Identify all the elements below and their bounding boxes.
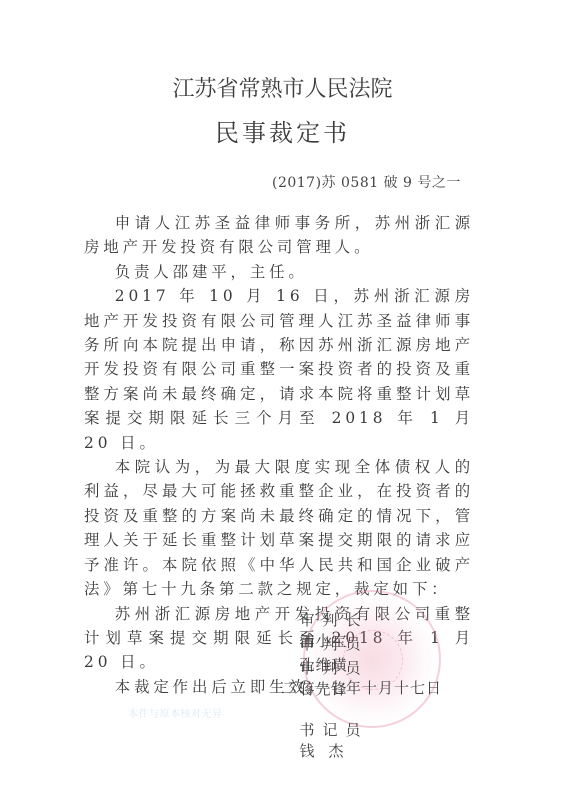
signature-role: 审判员 — [300, 657, 358, 678]
paragraph-application: 2017 年 10 月 16 日，苏州浙汇源房地产开发投资有限公司管理人江苏圣益… — [84, 284, 474, 455]
paragraph-court-opinion: 本院认为，为最大限度实现全体债权人的利益，尽最大可能拯救重整企业，在投资者的投资… — [84, 455, 474, 601]
document-type-title: 民事裁定书 — [0, 113, 565, 148]
paragraph-responsible-person: 负责人邵建平，主任。 — [84, 260, 474, 284]
paragraph-applicant: 申请人江苏圣益律师事务所，苏州浙汇源房地产开发投资有限公司管理人。 — [84, 211, 474, 260]
copy-verification-stamp: 本件与原本核对无异 — [128, 705, 223, 720]
case-number: (2017)苏 0581 破 9 号之一 — [272, 172, 461, 192]
ruling-body: 申请人江苏圣益律师事务所，苏州浙汇源房地产开发投资有限公司管理人。 负责人邵建平… — [84, 211, 474, 699]
signature-role: 书记员 — [300, 719, 358, 740]
signature-clerk: 书记员 钱杰 — [290, 701, 358, 761]
court-name: 江苏省常熟市人民法院 — [0, 72, 565, 103]
ruling-date: 二〇一七年十月十七日 — [282, 677, 442, 698]
signature-name: 钱杰 — [300, 740, 358, 761]
paragraph-ruling: 苏州浙汇源房地产开发投资有限公司重整计划草案提交期限延长至 2018 年 1 月… — [84, 602, 474, 675]
